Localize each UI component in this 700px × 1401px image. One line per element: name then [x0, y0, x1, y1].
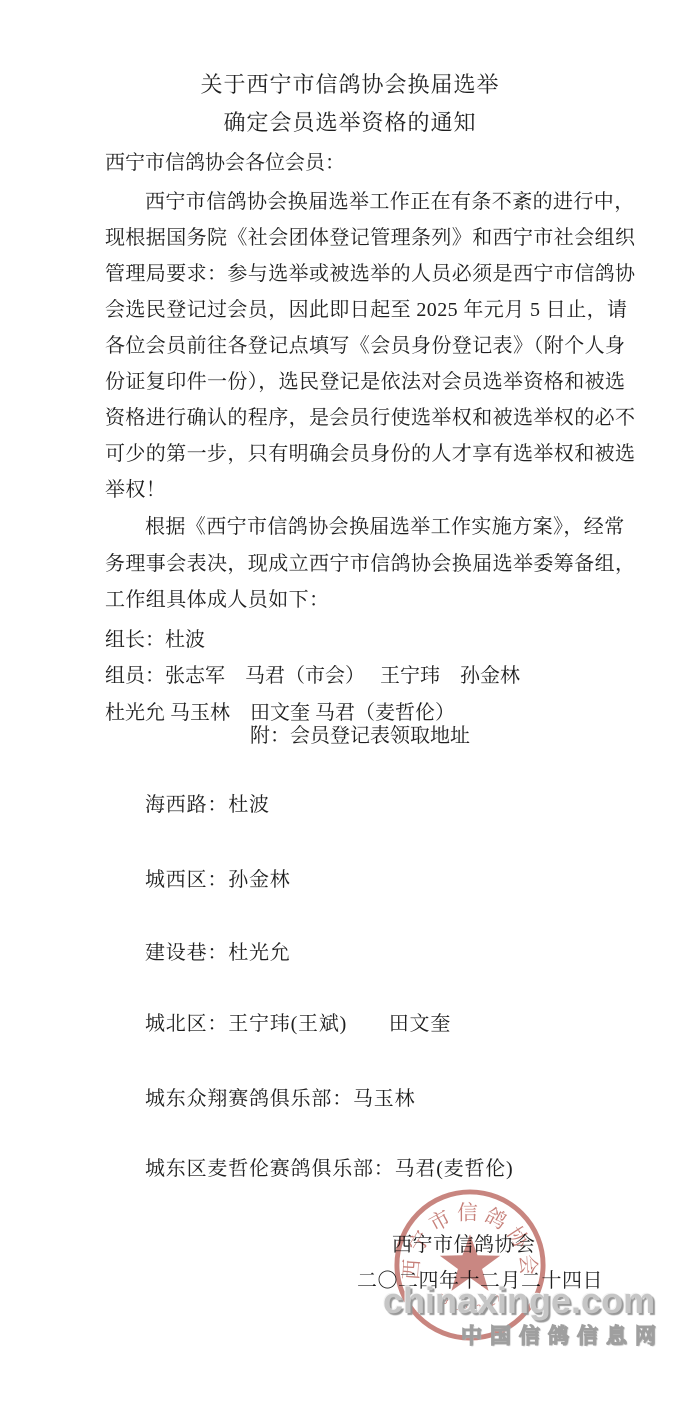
- paragraph1-line: 管理局要求：参与选举或被选举的人员必须是西宁市信鸽协: [105, 257, 599, 286]
- paragraph1-line: 会选民登记过会员，因此即日起至 2025 年元月 5 日止，请: [105, 293, 599, 322]
- document-title-line1: 关于西宁市信鸽协会换届选举: [0, 68, 700, 99]
- pickup-location-item: 城东区麦哲伦赛鸽俱乐部：马君(麦哲伦): [145, 1152, 514, 1181]
- paragraph1-line: 现根据国务院《社会团体登记管理条列》和西宁市社会组织: [105, 221, 599, 250]
- document-title-line2: 确定会员选举资格的通知: [0, 106, 700, 137]
- watermark-site-url: chinaxinge.com: [383, 1280, 655, 1322]
- paragraph1-line: 可少的第一步，只有明确会员身份的人才享有选举权和被选: [105, 437, 599, 466]
- salutation: 西宁市信鸽协会各位会员：: [105, 146, 345, 175]
- document-text-layer: 关于西宁市信鸽协会换届选举 确定会员选举资格的通知 西宁市信鸽协会各位会员： 西…: [0, 0, 700, 1401]
- paragraph1-line: 各位会员前往各登记点填写《会员身份登记表》（附个人身: [105, 329, 599, 358]
- paragraph2-line: 务理事会表决，现成立西宁市信鸽协会换届选举委筹备组，: [105, 547, 599, 576]
- paragraph2-line: 根据《西宁市信鸽协会换届选举工作实施方案》，经常: [105, 510, 599, 539]
- group-leader-line: 组长：杜波: [105, 623, 205, 652]
- paragraph1-line: 份证复印件一份），选民登记是依法对会员选举资格和被选: [105, 365, 599, 394]
- attachment-heading: 附：会员登记表领取地址: [250, 719, 470, 748]
- pickup-location-item: 城东众翔赛鸽俱乐部：马玉林: [145, 1082, 415, 1111]
- group-members-line: 组员：张志军 马君（市会） 王宁玮 孙金林: [105, 659, 520, 688]
- pickup-location-item: 建设巷：杜光允: [145, 936, 291, 965]
- pickup-location-item: 城西区：孙金林: [145, 863, 291, 892]
- paragraph2-line: 工作组具体成人员如下：: [105, 583, 599, 612]
- pickup-location-item: 城北区：王宁玮(王斌) 田文奎: [145, 1007, 451, 1036]
- paragraph1-line: 资格进行确认的程序，是会员行使选举权和被选举权的必不: [105, 401, 599, 430]
- paragraph1-line: 西宁市信鸽协会换届选举工作正在有条不紊的进行中，: [105, 185, 599, 214]
- paragraph1-line: 举权！: [105, 473, 599, 502]
- watermark-site-name: 中国信鸽信息网: [461, 1320, 664, 1350]
- scanned-notice-page: 关于西宁市信鸽协会换届选举 确定会员选举资格的通知 西宁市信鸽协会各位会员： 西…: [0, 0, 700, 1401]
- pickup-location-item: 海西路：杜波: [145, 788, 270, 817]
